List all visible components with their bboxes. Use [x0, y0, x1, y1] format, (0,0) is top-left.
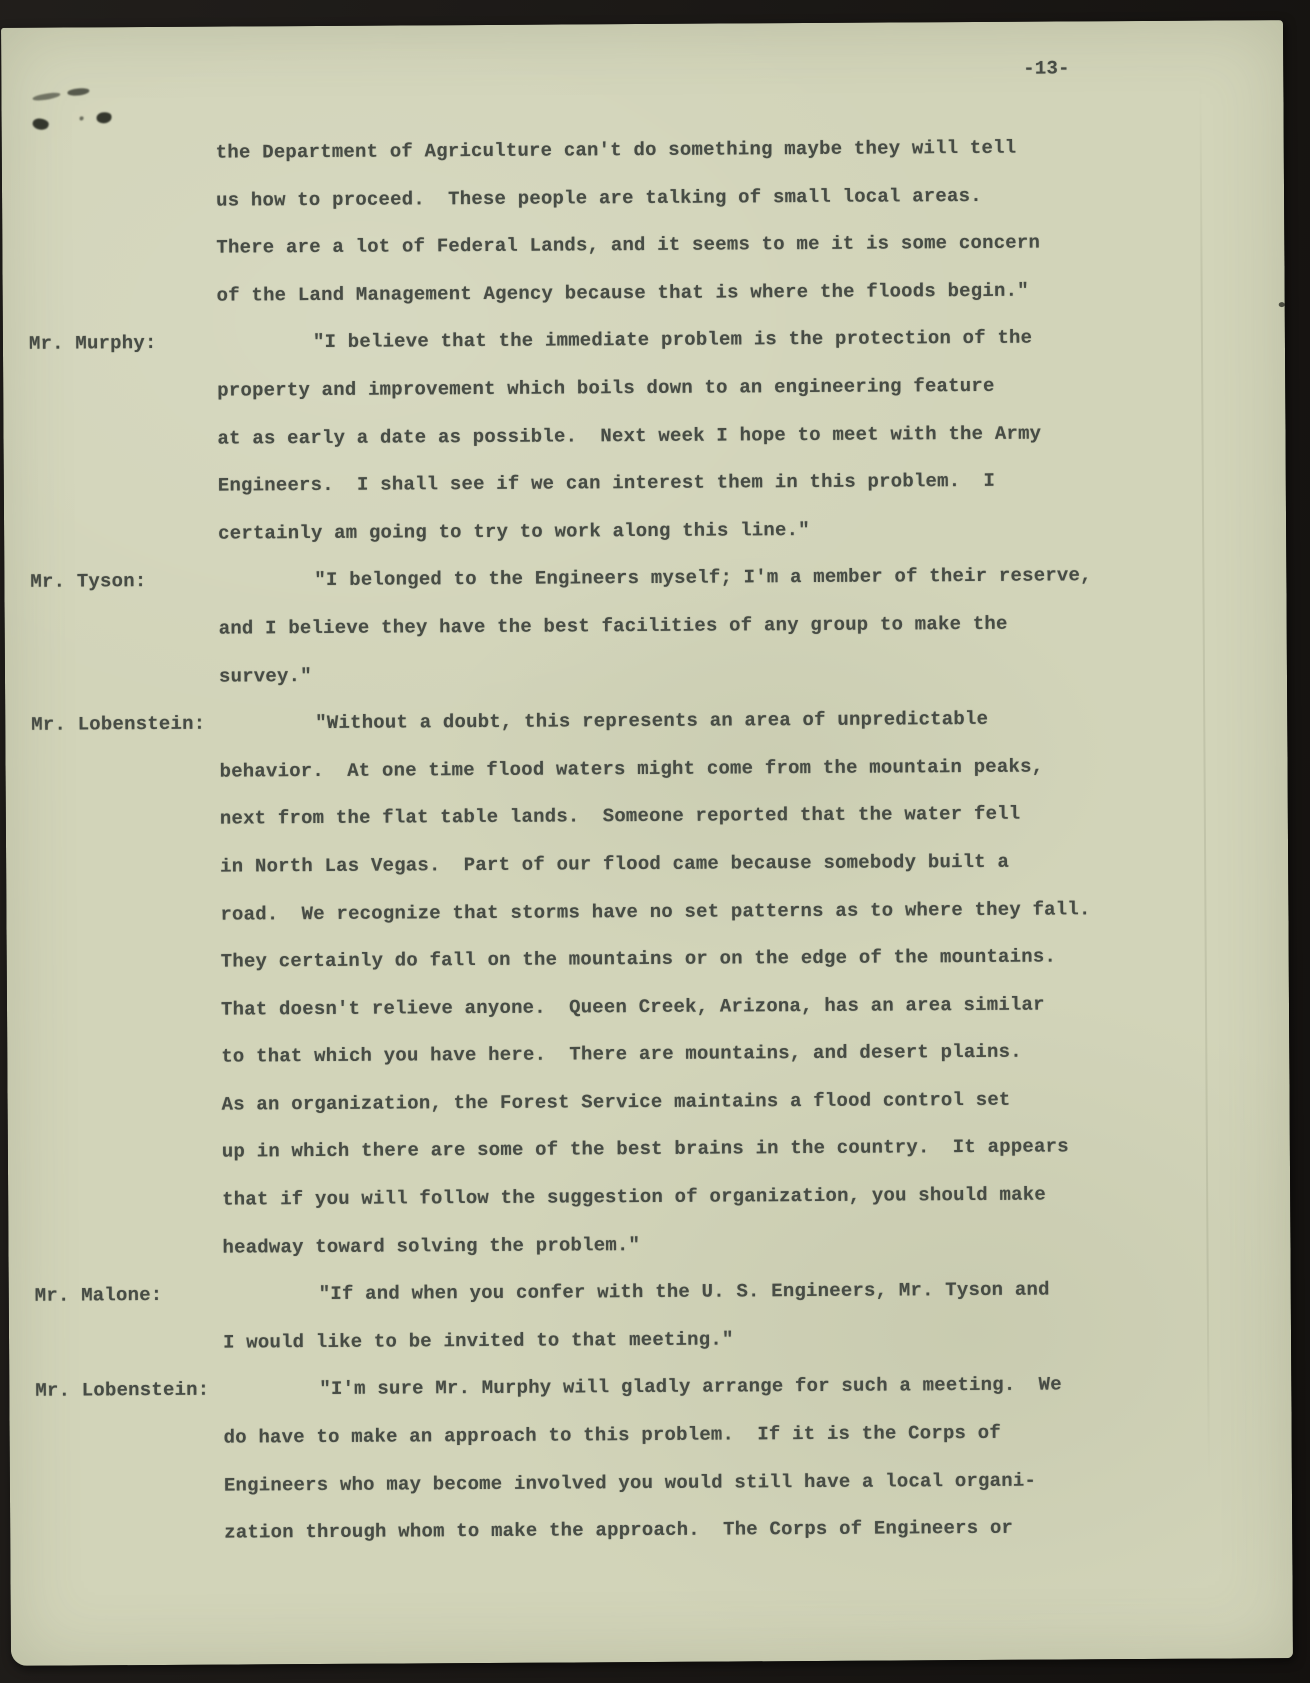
speech-line: survey."	[219, 647, 1257, 701]
speech-line: There are a lot of Federal Lands, and it…	[216, 218, 1254, 272]
speech-line: do have to make an approach to this prob…	[223, 1408, 1261, 1462]
transcript: the Department of Agriculture can't do s…	[2, 123, 1293, 1559]
speech-line: "I'm sure Mr. Murphy will gladly arrange…	[223, 1361, 1261, 1415]
document-page: -13- the Department of Agriculture can't…	[1, 20, 1293, 1666]
speech-line: of the Land Management Agency because th…	[217, 266, 1255, 320]
speech-line: headway toward solving the problem."	[222, 1218, 1260, 1272]
speech-line: "I belonged to the Engineers myself; I'm…	[218, 552, 1256, 606]
speech-line: "If and when you confer with the U. S. E…	[223, 1266, 1261, 1320]
speech-line: certainly am going to try to work along …	[218, 504, 1256, 558]
speech-line: the Department of Agriculture can't do s…	[216, 123, 1254, 177]
ink-smudge	[32, 117, 50, 131]
speech-text: "If and when you confer with the U. S. E…	[223, 1266, 1262, 1368]
speech-text: the Department of Agriculture can't do s…	[216, 123, 1255, 320]
ink-smudge	[97, 112, 112, 123]
page-number: -13-	[1023, 57, 1070, 79]
speech-line: next from the flat table lands. Someone …	[220, 790, 1258, 844]
ink-smudge	[32, 92, 61, 102]
speech-line: "Without a doubt, this represents an are…	[219, 694, 1257, 748]
scan-background: -13- the Department of Agriculture can't…	[0, 0, 1310, 1683]
speech-line: zation through whom to make the approach…	[224, 1503, 1262, 1557]
speech-line: Engineers. I shall see if we can interes…	[218, 456, 1256, 510]
speech-line: property and improvement which boils dow…	[217, 361, 1255, 415]
transcript-entry: Mr. Malone: "If and when you confer with…	[9, 1265, 1292, 1368]
ink-smudge	[80, 116, 84, 120]
speaker-label: Mr. Murphy:	[29, 320, 218, 559]
speech-line: road. We recognize that storms have no s…	[220, 885, 1258, 939]
speaker-label: Mr. Lobenstein:	[35, 1367, 224, 1559]
transcript-entry: Mr. Lobenstein: "I'm sure Mr. Murphy wil…	[9, 1361, 1292, 1559]
speaker-label: Mr. Tyson:	[30, 558, 219, 702]
speech-line: up in which there are some of the best b…	[222, 1123, 1260, 1177]
speech-line: to that which you have here. There are m…	[221, 1028, 1259, 1082]
speech-line: That doesn't relieve anyone. Queen Creek…	[221, 980, 1259, 1034]
ink-smudge	[67, 88, 89, 97]
speaker-label	[28, 130, 217, 322]
speech-line: Engineers who may become involved you wo…	[224, 1456, 1262, 1510]
speech-text: "Without a doubt, this represents an are…	[219, 694, 1260, 1271]
speech-line: They certainly do fall on the mountains …	[221, 932, 1259, 986]
speech-line: behavior. At one time flood waters might…	[219, 742, 1257, 796]
speech-text: "I believe that the immediate problem is…	[217, 314, 1256, 558]
speech-line: at as early a date as possible. Next wee…	[217, 409, 1255, 463]
speech-text: "I'm sure Mr. Murphy will gladly arrange…	[223, 1361, 1262, 1558]
speech-line: "I believe that the immediate problem is…	[217, 314, 1255, 368]
speech-text: "I belonged to the Engineers myself; I'm…	[218, 552, 1257, 701]
transcript-entry: Mr. Tyson: "I belonged to the Engineers …	[4, 551, 1287, 702]
transcript-entry: Mr. Lobenstein: "Without a doubt, this r…	[5, 694, 1290, 1273]
speech-line: in North Las Vegas. Part of our flood ca…	[220, 837, 1258, 891]
transcript-entry: Mr. Murphy: "I believe that the immediat…	[3, 313, 1286, 559]
speech-line: and I believe they have the best facilit…	[219, 599, 1257, 653]
speech-line: that if you will follow the suggestion o…	[222, 1170, 1260, 1224]
transcript-entry: the Department of Agriculture can't do s…	[2, 123, 1285, 321]
speech-line: As an organization, the Forest Service m…	[221, 1075, 1259, 1129]
speech-line: I would like to be invited to that meeti…	[223, 1313, 1261, 1367]
speech-line: us how to proceed. These people are talk…	[216, 171, 1254, 225]
speaker-label: Mr. Malone:	[35, 1272, 224, 1368]
speaker-label: Mr. Lobenstein:	[31, 701, 222, 1273]
